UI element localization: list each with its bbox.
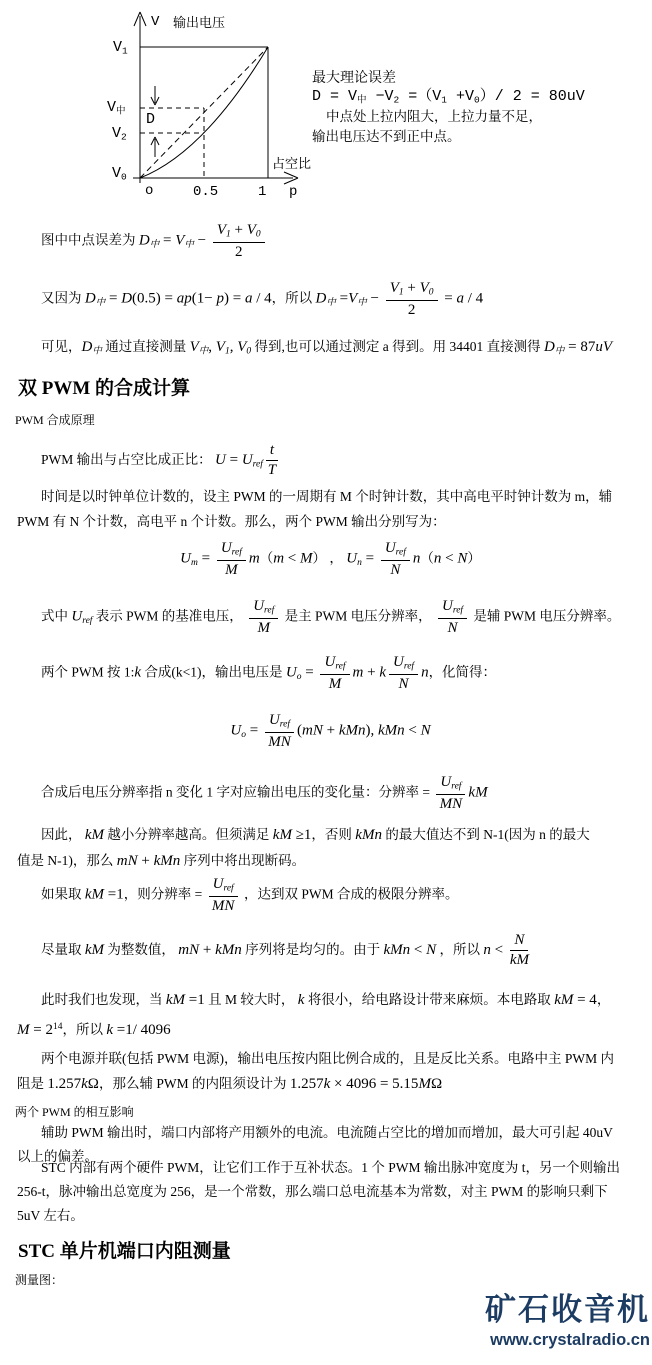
formula-uo: Uo = UrefMN(mN + kMn), kMn < N [17,712,644,751]
para-combine-1k: 两个 PWM 按 1:k 合成(k<1)，输出电压是 Uo = UrefMm +… [17,654,644,693]
para-measured-34401: 可见，D中 通过直接测量 V中, V1, V0 得到,也可以通过测定 a 得到。… [17,334,644,365]
y-axis-title: 输出电压 [173,14,225,32]
document-page: V 输出电压 V1 V中 V2 V0 D o 0.5 1 p 占空比 最大理论误… [0,0,652,1365]
heading-dual-pwm-synthesis: 双 PWM 的合成计算 [18,373,190,400]
origin-label: o [145,184,153,198]
para-midpoint-error: 图中中点误差为 D中 = V中 − V1 + V02 [17,222,644,261]
para-km-constraint: 因此， kM 越小分辨率越高。但须满足 kM ≥1，否则 kMn 的最大值达不到… [17,822,644,874]
crystalradio-logo: 矿石收音机 [485,1294,650,1325]
note-max-error-title: 最大理论误差 [312,70,396,89]
para-circuit-km4: 此时我们也发现，当 kM =1 且 M 较大时， k 将很小，给电路设计带来麻烦… [17,986,644,1044]
x-axis-title: 占空比 [272,155,311,173]
subheading-mutual-influence: 两个 PWM 的相互影响 [15,1103,134,1120]
v0-label: V0 [112,166,127,182]
tick-one-label: 1 [258,185,266,199]
para-stc-complementary: STC 内部有两个硬件 PWM，让它们工作于互补状态。1 个 PWM 输出脉冲宽… [17,1156,644,1228]
v2-label: V2 [112,126,127,142]
note-pullup-line1: 中点处上拉内阻大，上拉力量不足， [326,108,542,126]
vmid-label: V中 [107,100,126,116]
crystalradio-url: www.crystalradio.cn [485,1332,650,1349]
para-km-equals-1: 如果取 kM =1，则分辨率 = UrefMN ，达到双 PWM 合成的极限分辨… [17,876,644,915]
y-axis-letter: V [151,15,159,29]
para-pwm-proportional: PWM 输出与占空比成正比： U = UreftT [17,442,644,480]
para-resolution-definition: 合成后电压分辨率指 n 变化 1 字对应输出电压的变化量：分辨率 = UrefM… [17,774,644,813]
tick-half-label: 0.5 [193,185,218,199]
note-error-formula: D = V中 −V2 =（V1 +V0）/ 2 = 80uV [312,89,585,105]
d-gap-label: D [146,112,155,127]
x-axis-letter: p [289,185,297,199]
para-parallel-sources: 两个电源并联(包括 PWM 电源)，输出电压按内阻比例合成的，且是反比关系。电路… [17,1046,644,1097]
para-because-formula: 又因为 D中 = D(0.5) = ap(1− p) = a / 4，所以 D中… [17,280,644,319]
para-km-integer: 尽量取 kM 为整数值， mN + kMn 序列将是均匀的。由于 kMn < N… [17,932,644,970]
formula-um-un: Um = UrefMm（m < M） ， Un = UrefNn（n < N） [17,540,644,579]
subheading-pwm-principle: PWM 合成原理 [15,411,95,428]
heading-stc-port-resistance: STC 单片机端口内阻测量 [18,1236,231,1263]
watermark: 矿石收音机 www.crystalradio.cn [485,1294,650,1349]
para-uref-resolution: 式中 Uref 表示 PWM 的基准电压， UrefM 是主 PWM 电压分辨率… [17,598,644,637]
note-pullup-line2: 输出电压达不到正中点。 [312,128,461,146]
v1-label: V1 [113,40,128,56]
para-clock-counts: 时间是以时钟单位计数的，设主 PWM 的一周期有 M 个时钟计数，其中高电平时钟… [17,484,644,534]
subheading-measurement-diagram: 测量图： [15,1271,63,1288]
